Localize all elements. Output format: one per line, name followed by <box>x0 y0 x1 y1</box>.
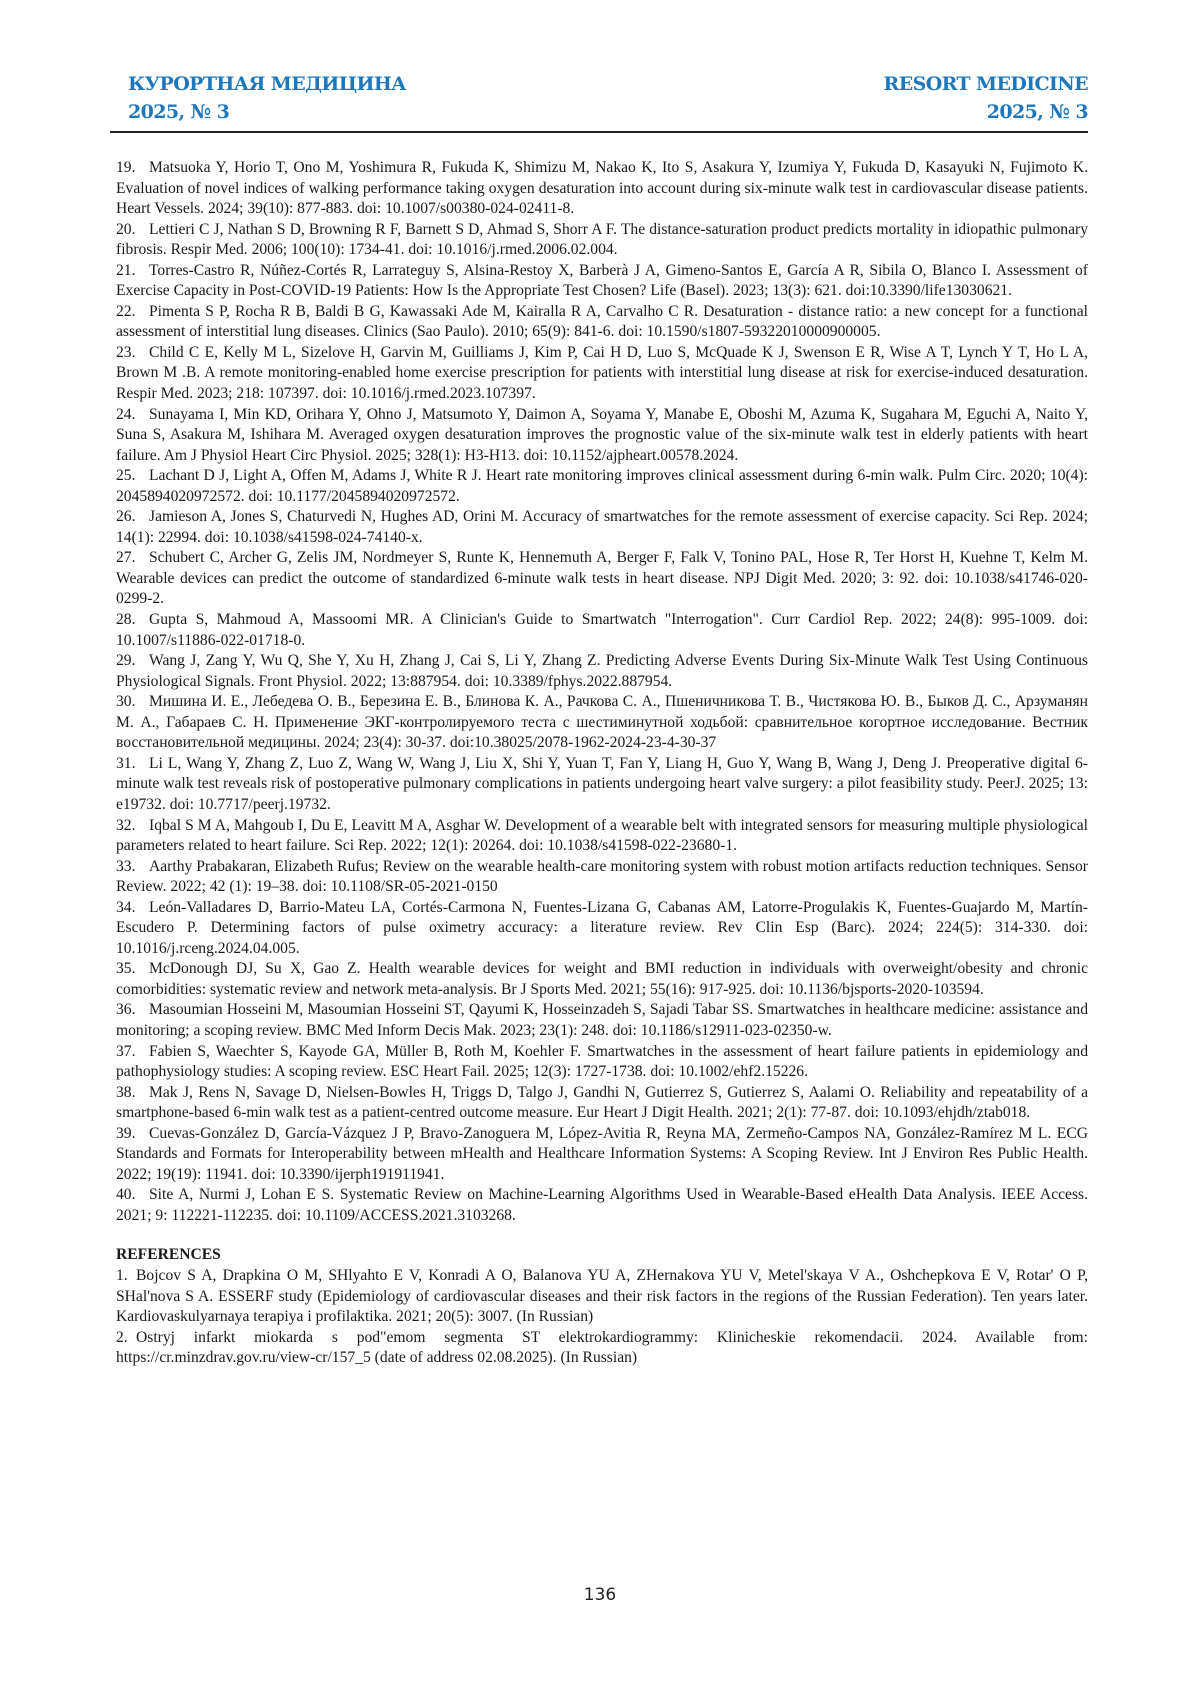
reference-item: 36.Masoumian Hosseini M, Masoumian Hosse… <box>116 1000 1088 1041</box>
reference-number: 25. <box>116 466 149 487</box>
reference-text: Matsuoka Y, Horio T, Ono M, Yoshimura R,… <box>116 159 1088 217</box>
reference-number: 21. <box>116 261 149 282</box>
reference-number: 39. <box>116 1124 149 1145</box>
reference-item: 29.Wang J, Zang Y, Wu Q, She Y, Xu H, Zh… <box>116 651 1088 692</box>
reference-text: Cuevas-González D, García-Vázquez J P, B… <box>116 1125 1088 1183</box>
reference-item: 30.Мишина И. Е., Лебедева О. В., Березин… <box>116 692 1088 754</box>
reference-item: 32.Iqbal S M A, Mahgoub I, Du E, Leavitt… <box>116 816 1088 857</box>
references-transliterated: 1.Bojcov S A, Drapkina O M, SHlyahto E V… <box>116 1266 1088 1369</box>
reference-number: 23. <box>116 343 149 364</box>
reference-item: 20.Lettieri C J, Nathan S D, Browning R … <box>116 220 1088 261</box>
reference-item: 23.Child C E, Kelly M L, Sizelove H, Gar… <box>116 343 1088 405</box>
reference-number: 33. <box>116 857 149 878</box>
reference-text: Iqbal S M A, Mahgoub I, Du E, Leavitt M … <box>116 817 1088 855</box>
header-left: КУРОРТНАЯ МЕДИЦИНА 2025, № 3 <box>128 70 406 126</box>
reference-text: McDonough DJ, Su X, Gao Z. Health wearab… <box>116 960 1088 998</box>
reference-number: 29. <box>116 651 149 672</box>
running-header: КУРОРТНАЯ МЕДИЦИНА 2025, № 3 RESORT MEDI… <box>110 70 1088 130</box>
reference-number: 36. <box>116 1000 149 1021</box>
reference-text: Sunayama I, Min KD, Orihara Y, Ohno J, M… <box>116 406 1088 464</box>
reference-number: 34. <box>116 898 149 919</box>
reference-text: Child C E, Kelly M L, Sizelove H, Garvin… <box>116 344 1088 402</box>
reference-number: 38. <box>116 1083 149 1104</box>
reference-item: 31.Li L, Wang Y, Zhang Z, Luo Z, Wang W,… <box>116 754 1088 816</box>
reference-item: 35.McDonough DJ, Su X, Gao Z. Health wea… <box>116 959 1088 1000</box>
reference-item: 24.Sunayama I, Min KD, Orihara Y, Ohno J… <box>116 405 1088 467</box>
reference-text: Мишина И. Е., Лебедева О. В., Березина Е… <box>116 693 1088 751</box>
journal-title-en: RESORT MEDICINE <box>884 70 1089 98</box>
reference-text: Torres-Castro R, Núñez-Cortés R, Larrate… <box>116 262 1088 300</box>
reference-item: 40.Site A, Nurmi J, Lohan E S. Systemati… <box>116 1185 1088 1226</box>
reference-number: 19. <box>116 158 149 179</box>
reference-text: Lachant D J, Light A, Offen M, Adams J, … <box>116 467 1088 505</box>
reference-number: 27. <box>116 548 149 569</box>
reference-item: 1.Bojcov S A, Drapkina O M, SHlyahto E V… <box>116 1266 1088 1328</box>
reference-number: 28. <box>116 610 149 631</box>
reference-item: 38.Mak J, Rens N, Savage D, Nielsen-Bowl… <box>116 1083 1088 1124</box>
reference-item: 22.Pimenta S P, Rocha R B, Baldi B G, Ka… <box>116 302 1088 343</box>
reference-number: 1. <box>116 1266 136 1287</box>
reference-item: 27.Schubert C, Archer G, Zelis JM, Nordm… <box>116 548 1088 610</box>
reference-number: 35. <box>116 959 149 980</box>
reference-number: 24. <box>116 405 149 426</box>
reference-item: 37.Fabien S, Waechter S, Kayode GA, Müll… <box>116 1042 1088 1083</box>
reference-text: Jamieson A, Jones S, Chaturvedi N, Hughe… <box>116 508 1088 546</box>
reference-item: 21.Torres-Castro R, Núñez-Cortés R, Larr… <box>116 261 1088 302</box>
reference-list: 19.Matsuoka Y, Horio T, Ono M, Yoshimura… <box>116 158 1088 1369</box>
reference-text: Aarthy Prabakaran, Elizabeth Rufus; Revi… <box>116 858 1088 896</box>
reference-item: 26.Jamieson A, Jones S, Chaturvedi N, Hu… <box>116 507 1088 548</box>
issue-number-left: 2025, № 3 <box>128 98 406 126</box>
journal-title-ru: КУРОРТНАЯ МЕДИЦИНА <box>128 70 406 98</box>
reference-text: Gupta S, Mahmoud A, Massoomi MR. A Clini… <box>116 611 1088 649</box>
reference-text: Wang J, Zang Y, Wu Q, She Y, Xu H, Zhang… <box>116 652 1088 690</box>
reference-number: 2. <box>116 1328 136 1349</box>
reference-number: 22. <box>116 302 149 323</box>
reference-number: 37. <box>116 1042 149 1063</box>
reference-text: Mak J, Rens N, Savage D, Nielsen-Bowles … <box>116 1084 1088 1122</box>
reference-item: 33.Aarthy Prabakaran, Elizabeth Rufus; R… <box>116 857 1088 898</box>
reference-text: Schubert C, Archer G, Zelis JM, Nordmeye… <box>116 549 1088 607</box>
references-original: 19.Matsuoka Y, Horio T, Ono M, Yoshimura… <box>116 158 1088 1226</box>
reference-number: 30. <box>116 692 149 713</box>
reference-text: Ostryj infarkt miokarda s pod"emom segme… <box>116 1329 1088 1367</box>
reference-text: Masoumian Hosseini M, Masoumian Hosseini… <box>116 1001 1088 1039</box>
reference-text: León-Valladares D, Barrio-Mateu LA, Cort… <box>116 899 1088 957</box>
reference-text: Li L, Wang Y, Zhang Z, Luo Z, Wang W, Wa… <box>116 755 1088 813</box>
header-divider <box>110 131 1088 133</box>
reference-number: 31. <box>116 754 149 775</box>
reference-item: 28.Gupta S, Mahmoud A, Massoomi MR. A Cl… <box>116 610 1088 651</box>
reference-item: 19.Matsuoka Y, Horio T, Ono M, Yoshimura… <box>116 158 1088 220</box>
reference-text: Bojcov S A, Drapkina O M, SHlyahto E V, … <box>116 1267 1088 1325</box>
reference-item: 34.León-Valladares D, Barrio-Mateu LA, C… <box>116 898 1088 960</box>
header-right: RESORT MEDICINE 2025, № 3 <box>884 70 1089 126</box>
reference-number: 26. <box>116 507 149 528</box>
reference-item: 39.Cuevas-González D, García-Vázquez J P… <box>116 1124 1088 1186</box>
issue-number-right: 2025, № 3 <box>884 98 1089 126</box>
reference-item: 2.Ostryj infarkt miokarda s pod"emom seg… <box>116 1328 1088 1369</box>
journal-page: КУРОРТНАЯ МЕДИЦИНА 2025, № 3 RESORT MEDI… <box>0 0 1200 1697</box>
page-number: 136 <box>0 1585 1200 1605</box>
reference-number: 40. <box>116 1185 149 1206</box>
reference-number: 32. <box>116 816 149 837</box>
reference-text: Pimenta S P, Rocha R B, Baldi B G, Kawas… <box>116 303 1088 341</box>
reference-number: 20. <box>116 220 149 241</box>
reference-text: Fabien S, Waechter S, Kayode GA, Müller … <box>116 1043 1088 1081</box>
reference-text: Site A, Nurmi J, Lohan E S. Systematic R… <box>116 1186 1088 1224</box>
references-heading: REFERENCES <box>116 1245 1088 1266</box>
reference-text: Lettieri C J, Nathan S D, Browning R F, … <box>116 221 1088 259</box>
reference-item: 25.Lachant D J, Light A, Offen M, Adams … <box>116 466 1088 507</box>
